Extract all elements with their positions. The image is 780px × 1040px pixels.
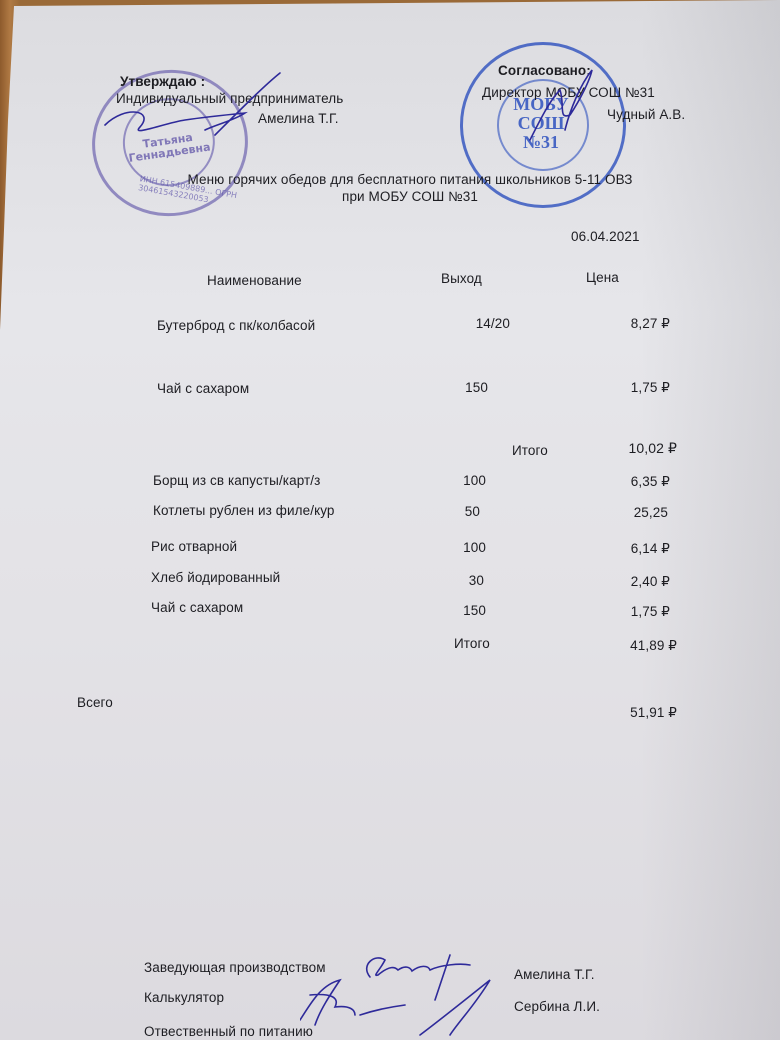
- subtotal-label: Итого: [454, 636, 490, 651]
- item-name: Чай с сахаром: [157, 381, 249, 396]
- item-yield: 50: [390, 504, 480, 519]
- subtotal-value: 10,02 ₽: [580, 440, 677, 457]
- agreement-name: Чудный А.В.: [607, 107, 685, 122]
- menu-subtitle: при МОБУ СОШ №31: [160, 189, 660, 204]
- signatory-role: Отвественный по питанию: [144, 1024, 313, 1039]
- grand-total-value: 51,91 ₽: [580, 705, 677, 721]
- signatory-name: Сербина Л.И.: [514, 999, 600, 1014]
- item-yield: 150: [396, 603, 486, 618]
- item-name: Чай с сахаром: [151, 600, 243, 615]
- item-price: 6,35 ₽: [580, 474, 670, 490]
- item-name: Бутерброд с пк/колбасой: [157, 318, 315, 333]
- item-name: Котлеты рублен из филе/кур: [153, 503, 335, 518]
- header-price: Цена: [586, 270, 619, 285]
- item-yield: 30: [394, 573, 484, 588]
- item-price: 1,75 ₽: [580, 604, 670, 620]
- subtotal-label: Итого: [512, 443, 548, 458]
- item-price: 25,25: [578, 505, 668, 520]
- handwritten-signatures-icon: [300, 935, 500, 1040]
- grand-total-label: Всего: [77, 695, 113, 710]
- signatory-role: Калькулятор: [144, 990, 224, 1005]
- subtotal-value: 41,89 ₽: [580, 638, 677, 654]
- item-yield: 14/20: [420, 316, 510, 331]
- director-signature-icon: [520, 60, 600, 150]
- menu-title: Меню горячих обедов для бесплатного пита…: [160, 172, 660, 187]
- header-yield: Выход: [441, 271, 482, 286]
- item-price: 2,40 ₽: [580, 574, 670, 590]
- menu-date: 06.04.2021: [571, 229, 640, 244]
- signatory-name: Амелина Т.Г.: [514, 967, 595, 982]
- item-price: 8,27 ₽: [580, 316, 670, 332]
- item-yield: 100: [396, 473, 486, 488]
- header-name: Наименование: [207, 273, 302, 288]
- signatory-role: Заведующая производством: [144, 960, 326, 975]
- approval-signature-icon: [95, 65, 295, 155]
- item-price: 1,75 ₽: [580, 380, 670, 396]
- item-name: Хлеб йодированный: [151, 570, 280, 585]
- item-yield: 100: [396, 540, 486, 555]
- item-yield: 150: [398, 380, 488, 395]
- item-name: Рис отварной: [151, 539, 237, 554]
- item-name: Борщ из св капусты/карт/з: [153, 473, 320, 488]
- item-price: 6,14 ₽: [580, 541, 670, 557]
- document-page: Татьяна Геннадьевна ИНН 615409889... ОГР…: [0, 0, 780, 1040]
